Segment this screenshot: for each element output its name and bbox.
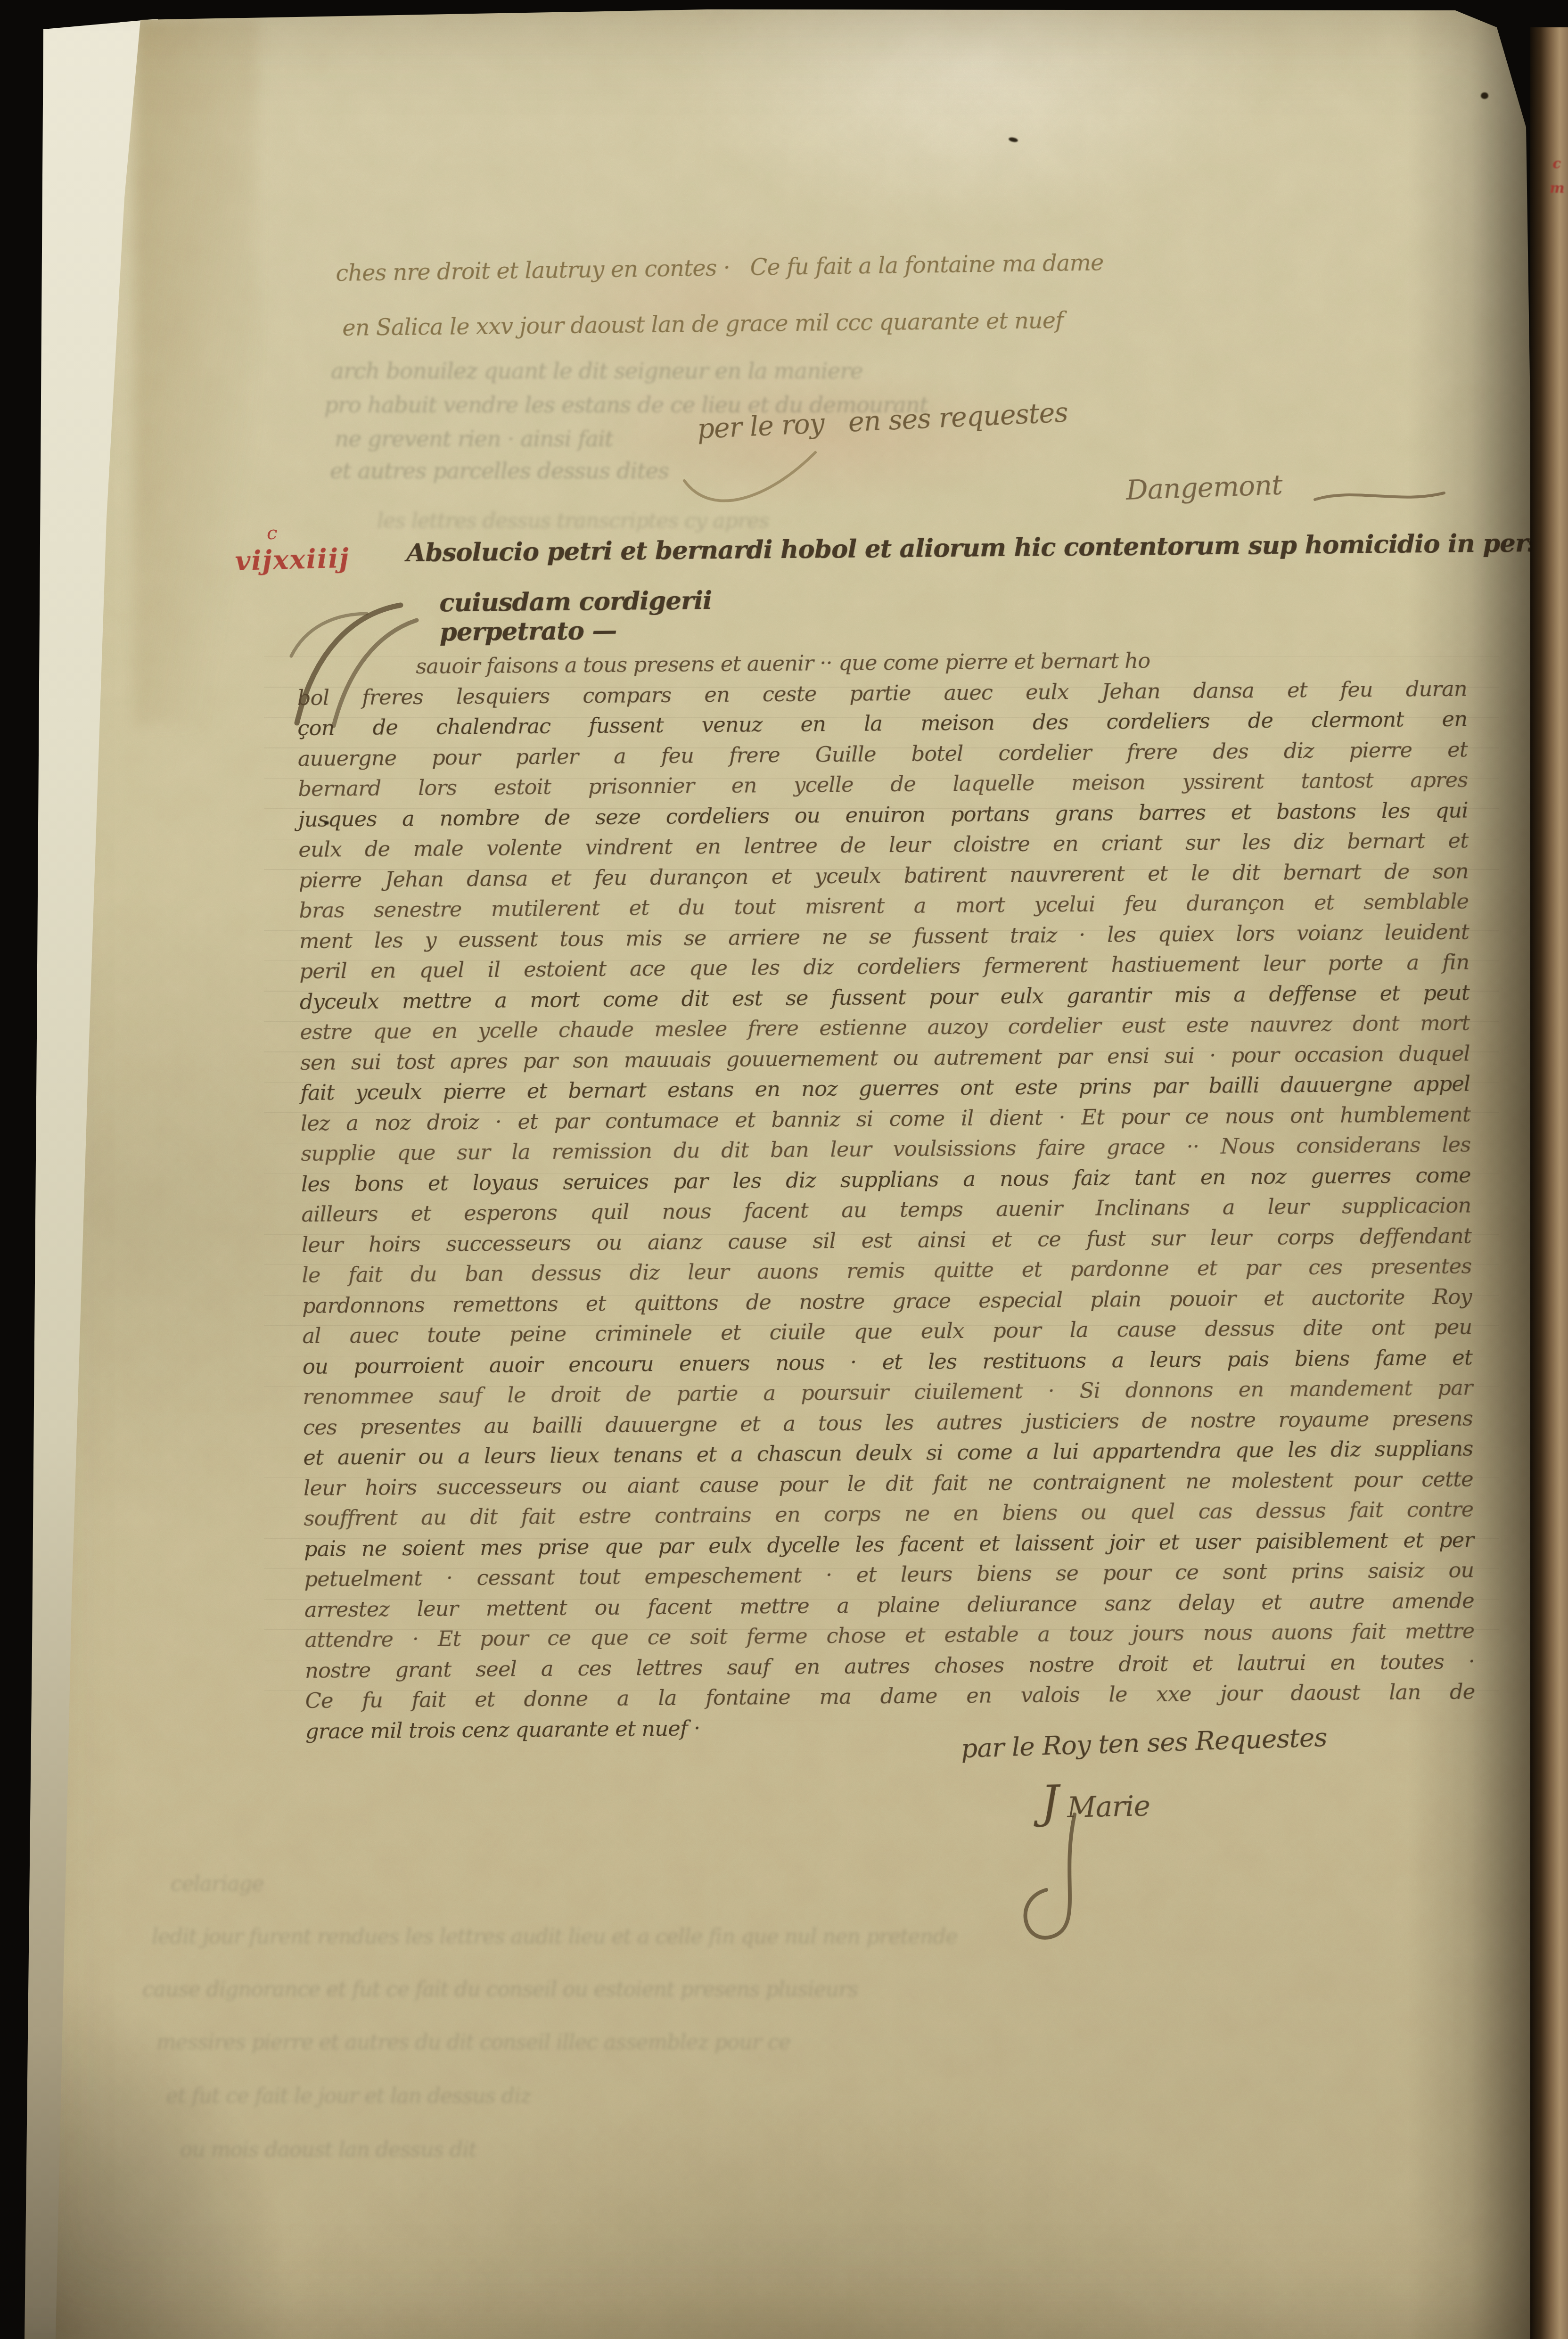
ghost-line: cause dignorance et fut ce fait du conse… xyxy=(142,1978,1368,2002)
facing-page-rubric-fragment: c xyxy=(1552,156,1561,172)
ghost-line: messires pierre et autres du dit conseil… xyxy=(156,2030,1052,2054)
ghost-line: celariage xyxy=(171,1872,689,1896)
margin-rubric-number: vijxxiiij xyxy=(235,543,350,577)
ink-speck xyxy=(324,821,329,825)
heading-line-1: Absolucio petri et bernardi hobol et ali… xyxy=(406,529,1434,567)
manuscript-page: ches nre droit et lautruy en contes · Ce… xyxy=(0,0,1568,2339)
heading-line-2: cuiusdam cordigerii perpetrato — xyxy=(439,584,864,647)
gutter-shadow xyxy=(1408,0,1549,2339)
parchment-gloss-band xyxy=(135,19,257,726)
ghost-line: arch bonuilez quant le dit seigneur en l… xyxy=(331,358,953,384)
ghost-line: ledit jour furent rendues les lettres au… xyxy=(152,1925,1236,1949)
top-annotation-line-1: ches nre droit et lautruy en contes · Ce… xyxy=(336,246,1330,287)
top-annotation-line-2: en Salica le xxv jour daoust lan de grac… xyxy=(342,306,1172,341)
ghost-line: et fut ce fait le jour et lan dessus diz xyxy=(166,2084,873,2108)
facing-page-rubric-fragment: m xyxy=(1550,180,1565,197)
facing-page-edge xyxy=(1530,27,1568,2339)
ghost-line: les lettres dessus transcriptes cy apres xyxy=(377,509,1084,533)
letter-body: sauoir faisons a tous presens et auenir … xyxy=(297,643,1475,1747)
ghost-line: ou mois daoust lan dessus dit xyxy=(180,2138,628,2162)
ink-speck xyxy=(1008,137,1018,143)
photograph-background: { "margin_note": { "mark": "c", "number"… xyxy=(0,0,1568,2339)
countersignature: Dangemont xyxy=(1125,468,1283,506)
margin-rubric-mark: c xyxy=(267,522,277,544)
